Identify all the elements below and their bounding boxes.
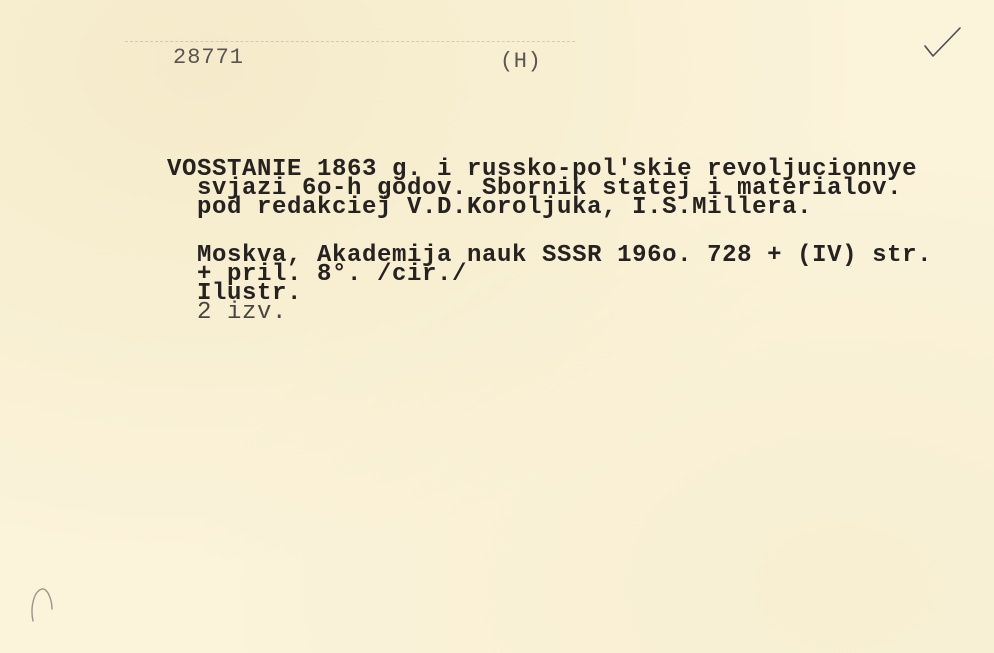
catalog-card: 28771 (H) VOSSTANIE 1863 g. i russko-pol… <box>0 0 994 653</box>
title-line-3: pod redakciej V.D.Koroljuka, I.S.Millera… <box>167 198 812 218</box>
imprint-line-4: 2 izv. <box>182 303 287 323</box>
pencil-mark-icon <box>28 585 58 625</box>
accession-number: 28771 <box>173 48 244 68</box>
location-mark: (H) <box>500 52 541 72</box>
card-top-rule <box>125 41 575 42</box>
checkmark-icon <box>922 26 962 60</box>
